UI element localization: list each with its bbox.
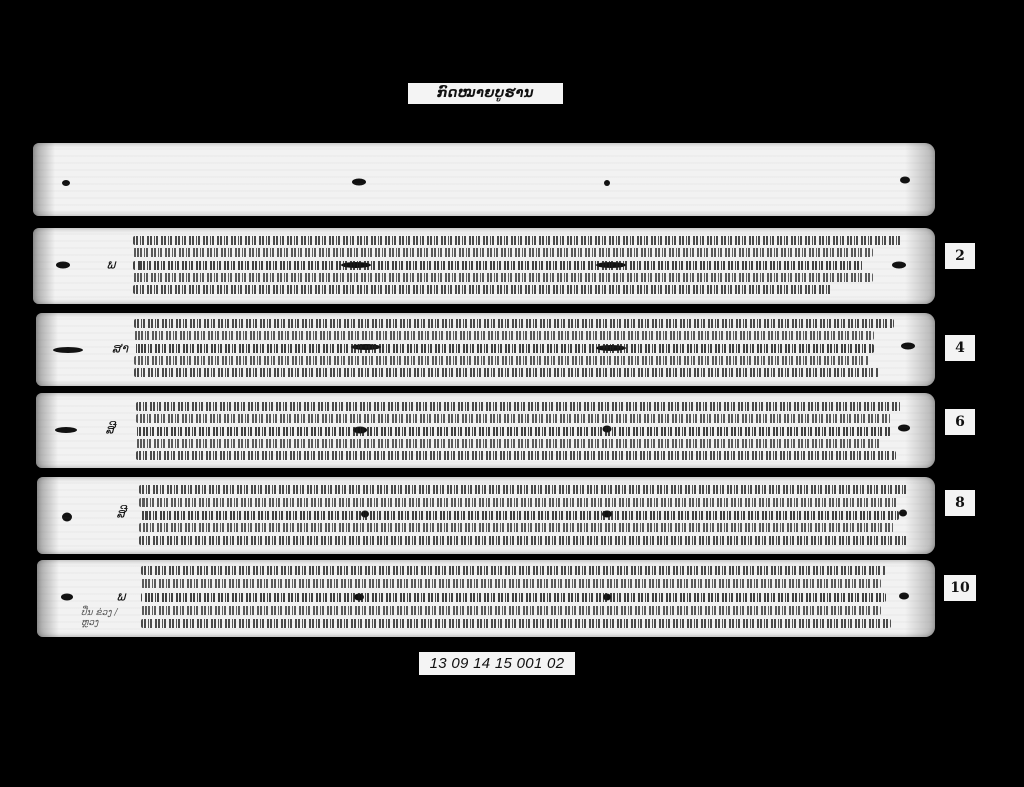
leaf-edge [905, 228, 935, 304]
script-line [136, 451, 896, 460]
margin-note: ປື່ນ ຂ່ວງ / ຫຼວງ [81, 608, 131, 628]
script-line [133, 248, 873, 257]
script-line [136, 402, 901, 411]
binding-hole [900, 177, 910, 184]
script-line [134, 344, 874, 353]
manuscript-text-block [133, 236, 903, 294]
manuscript-text-block [134, 319, 894, 377]
script-line [133, 273, 873, 282]
binding-hole [55, 427, 77, 433]
palm-leaf-1-cover [33, 143, 935, 216]
script-line [139, 498, 899, 507]
leaf-edge [905, 477, 935, 554]
palm-leaf-5: ສີ [37, 477, 935, 554]
palm-leaf-2: ພ [33, 228, 935, 304]
script-line [134, 356, 869, 365]
script-line [133, 285, 833, 294]
page-number-label: 4 [945, 335, 975, 361]
manuscript-text-block [141, 566, 906, 628]
palm-leaf-3: ສາ [36, 313, 935, 386]
script-line [133, 236, 903, 245]
script-line [139, 485, 909, 494]
script-line [134, 368, 879, 377]
script-line [139, 523, 894, 532]
palm-leaf-6: ພ ປື່ນ ຂ່ວງ / ຫຼວງ [37, 560, 935, 637]
leaf-edge [905, 313, 935, 386]
binding-hole [53, 347, 83, 353]
binding-hole [61, 594, 73, 601]
script-line [134, 331, 874, 340]
binding-hole [901, 343, 915, 350]
palm-leaf-4: ສີ [36, 393, 935, 468]
script-line [141, 579, 881, 588]
catalog-number-label: 13 09 14 15 001 02 [419, 652, 575, 675]
binding-hole [56, 262, 70, 269]
leaf-side-mark: ສີ [105, 423, 114, 438]
leaf-edge [37, 560, 59, 637]
page-number-label: 6 [945, 409, 975, 435]
manuscript-text-block [136, 402, 901, 460]
script-line [141, 619, 891, 628]
script-line [136, 427, 891, 436]
script-line [139, 511, 899, 520]
page-number-label: 8 [945, 490, 975, 516]
page-number-label: 2 [945, 243, 975, 269]
leaf-side-mark: ພ [117, 590, 126, 605]
leaf-edge [33, 228, 55, 304]
leaf-side-mark: ສີ [116, 507, 125, 522]
leaf-edge [37, 477, 59, 554]
script-line [141, 593, 886, 602]
script-line [139, 536, 909, 545]
leaf-edge [905, 560, 935, 637]
leaf-edge [905, 393, 935, 468]
binding-hole [352, 179, 366, 186]
script-line [136, 414, 891, 423]
script-line [136, 439, 881, 448]
script-line [141, 566, 886, 575]
leaf-side-mark: ສາ [112, 342, 128, 357]
leaf-side-mark: ພ [107, 258, 116, 273]
leaf-edge [33, 143, 55, 216]
script-line [134, 319, 894, 328]
binding-hole [62, 513, 72, 522]
manuscript-text-block [139, 485, 909, 545]
page-number-label: 10 [944, 575, 976, 601]
title-label: ກົດໝາຍບູຮານ [408, 83, 563, 104]
script-line [133, 261, 863, 270]
script-line [141, 606, 881, 615]
binding-hole [62, 180, 70, 186]
binding-hole [604, 180, 610, 186]
